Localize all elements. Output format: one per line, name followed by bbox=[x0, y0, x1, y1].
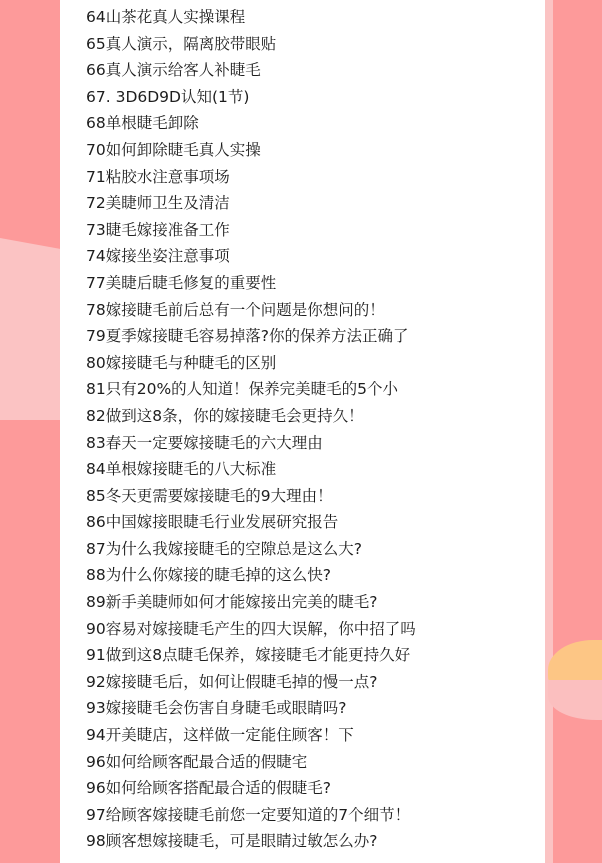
list-item: 96如何给顾客搭配最合适的假睫毛? bbox=[86, 775, 416, 802]
list-item: 79夏季嫁接睫毛容易掉落?你的保养方法正确了 bbox=[86, 323, 416, 350]
list-item: 80嫁接睫毛与种睫毛的区别 bbox=[86, 350, 416, 377]
background-shape-left bbox=[0, 238, 60, 420]
list-item: 81只有20%的人知道！保养完美睫毛的5个小 bbox=[86, 376, 416, 403]
list-item: 71粘胶水注意事项场 bbox=[86, 164, 416, 191]
list-item: 65真人演示，隔离胶带眼贴 bbox=[86, 31, 416, 58]
list-item: 86中国嫁接眼睫毛行业发展研究报告 bbox=[86, 509, 416, 536]
list-item: 68单根睫毛卸除 bbox=[86, 110, 416, 137]
list-item: 96如何给顾客配最合适的假睫宅 bbox=[86, 749, 416, 776]
list-item: 85冬天更需要嫁接睫毛的9大理由！ bbox=[86, 483, 416, 510]
list-item: 82做到这8条，你的嫁接睫毛会更持久！ bbox=[86, 403, 416, 430]
list-item: 73睫毛嫁接准备工作 bbox=[86, 217, 416, 244]
list-item: 83春天一定要嫁接睫毛的六大理由 bbox=[86, 430, 416, 457]
list-item: 87为什么我嫁接睫毛的空隙总是这么大? bbox=[86, 536, 416, 563]
list-item: 77美睫后睫毛修复的重要性 bbox=[86, 270, 416, 297]
list-item: 94开美睫店，这样做一定能住顾客！下 bbox=[86, 722, 416, 749]
list-item: 72美睫师卫生及清洁 bbox=[86, 190, 416, 217]
list-item: 67. 3D6D9D认知(1节) bbox=[86, 84, 416, 111]
list-item: 98顾客想嫁接睫毛，可是眼睛过敏怎么办? bbox=[86, 828, 416, 855]
list-item: 88为什么你嫁接的睫毛掉的这么快? bbox=[86, 562, 416, 589]
list-item: 91做到这8点睫毛保养，嫁接睫毛才能更持久好 bbox=[86, 642, 416, 669]
list-item: 90容易对嫁接睫毛产生的四大误解，你中招了吗 bbox=[86, 616, 416, 643]
course-list: 64山茶花真人实操课程 65真人演示，隔离胶带眼贴 66真人演示给客人补睫毛 6… bbox=[86, 4, 416, 855]
list-item: 78嫁接睫毛前后总有一个问题是你想问的！ bbox=[86, 297, 416, 324]
list-item: 84单根嫁接睫毛的八大标准 bbox=[86, 456, 416, 483]
list-item: 89新手美睫师如何才能嫁接出完美的睫毛? bbox=[86, 589, 416, 616]
list-item: 66真人演示给客人补睫毛 bbox=[86, 57, 416, 84]
list-item: 64山茶花真人实操课程 bbox=[86, 4, 416, 31]
list-item: 74嫁接坐姿注意事项 bbox=[86, 243, 416, 270]
list-item: 92嫁接睫毛后，如何让假睫毛掉的慢一点? bbox=[86, 669, 416, 696]
list-item: 70如何卸除睫毛真人实操 bbox=[86, 137, 416, 164]
list-item: 93嫁接睫毛会伤害自身睫毛或眼睛吗? bbox=[86, 695, 416, 722]
background-shape-pink bbox=[548, 680, 602, 720]
background-stripe-right bbox=[545, 0, 553, 863]
list-item: 97给顾客嫁接睫毛前您一定要知道的7个细节！ bbox=[86, 802, 416, 829]
